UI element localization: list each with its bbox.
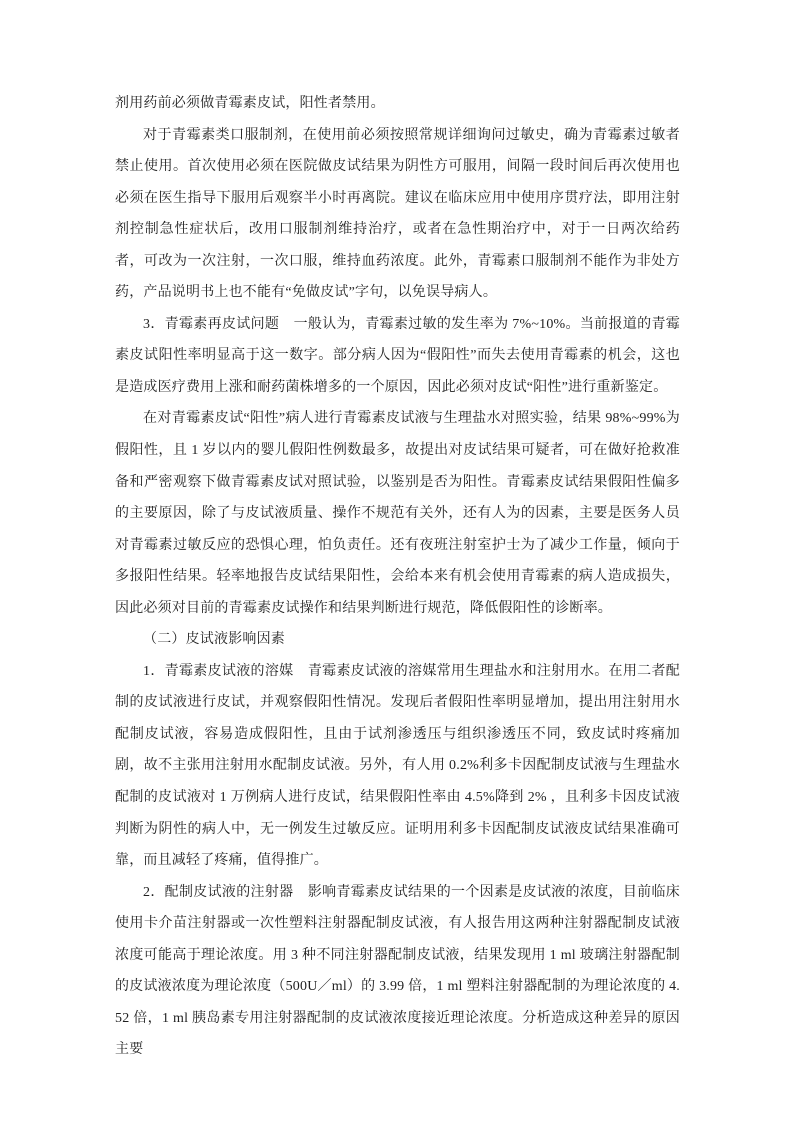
section-heading-test-solution-factors: （二）皮试液影响因素 — [115, 624, 680, 656]
paragraph-solvent: 1．青霉素皮试液的溶媒 青霉素皮试液的溶媒常用生理盐水和注射用水。在用二者配制的… — [115, 656, 680, 877]
paragraph-syringe: 2．配制皮试液的注射器 影响青霉素皮试结果的一个因素是皮试液的浓度，目前临床使用… — [115, 877, 680, 1066]
paragraph-continuation: 剂用药前必须做青霉素皮试，阳性者禁用。 — [115, 88, 680, 120]
paragraph-oral-preparations: 对于青霉素类口服制剂，在使用前必须按照常规详细询问过敏史，确为青霉素过敏者禁止使… — [115, 120, 680, 309]
document-page: 剂用药前必须做青霉素皮试，阳性者禁用。 对于青霉素类口服制剂，在使用前必须按照常… — [0, 0, 793, 1122]
paragraph-retest-issue: 3．青霉素再皮试问题 一般认为，青霉素过敏的发生率为 7%~10%。当前报道的青… — [115, 309, 680, 404]
paragraph-false-positive-causes: 在对青霉素皮试“阳性”病人进行青霉素皮试液与生理盐水对照实验，结果 98%~99… — [115, 403, 680, 624]
document-text-block: 剂用药前必须做青霉素皮试，阳性者禁用。 对于青霉素类口服制剂，在使用前必须按照常… — [115, 88, 680, 1066]
